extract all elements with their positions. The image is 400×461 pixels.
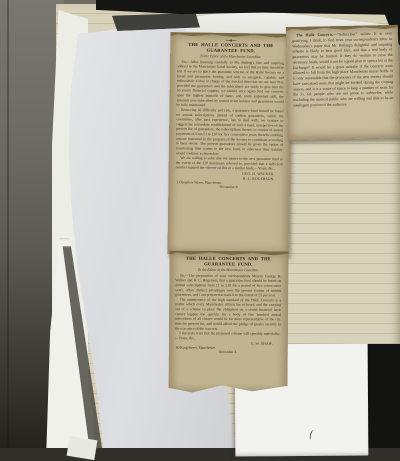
clipping-byline: To the Editor of the Manchester Guardian… [175, 267, 281, 272]
clipping-letter-two: THE HALLE CONCERTS AND THE GUARANTEE FUN… [169, 251, 289, 395]
ornament-rule [225, 40, 236, 41]
clipping-body: The Hallé Concerts.—“Subscriber” writes:… [292, 31, 394, 108]
clipping-headline: THE HALLE CONCERTS AND THE GUARANTEE FUN… [184, 256, 273, 267]
paragraph: Sir,—After listening carefully to Mr. Ba… [177, 59, 285, 109]
paragraph: Sir,—The proposition of your corresponde… [175, 273, 281, 298]
clipping-body: Sir,—After listening carefully to Mr. Ba… [176, 59, 285, 171]
clipping-news-note: The Hallé Concerts.—“Subscriber” writes:… [286, 25, 400, 140]
paragraph: The maintenance of the high standard of … [175, 297, 281, 331]
clipping-letter-one: THE HALLE CONCERTS AND THE GUARANTEE FUN… [167, 32, 291, 256]
white-sheet-tab [67, 436, 98, 460]
paragraph: We are willing to subscribe our names to… [176, 155, 283, 171]
clipping-body: Sir,—The proposition of your corresponde… [175, 273, 281, 341]
date-line: December 2. [175, 350, 281, 355]
scrapbook-scan: THE HALLE CONCERTS AND THE GUARANTEE FUN… [0, 0, 400, 461]
paragraph: I sincerely trust that the proposed sche… [175, 331, 281, 341]
black-corner-bottom-right [366, 344, 400, 448]
paragraph: The Hallé Concerts.—“Subscriber” writes:… [292, 31, 394, 108]
clipping-byline: To the Editor of the Manchester Guardian… [177, 54, 284, 59]
clipping-headline: THE HALLE CONCERTS AND THE GUARANTEE FUN… [186, 42, 275, 54]
note-body: —“Subscriber” writes: It is very gratify… [292, 31, 393, 107]
date-line: November 8. [175, 184, 282, 189]
paragraph: Removing all difficulty and risk, a guar… [176, 107, 284, 157]
torn-edge [169, 251, 288, 256]
torn-edge [170, 32, 291, 38]
